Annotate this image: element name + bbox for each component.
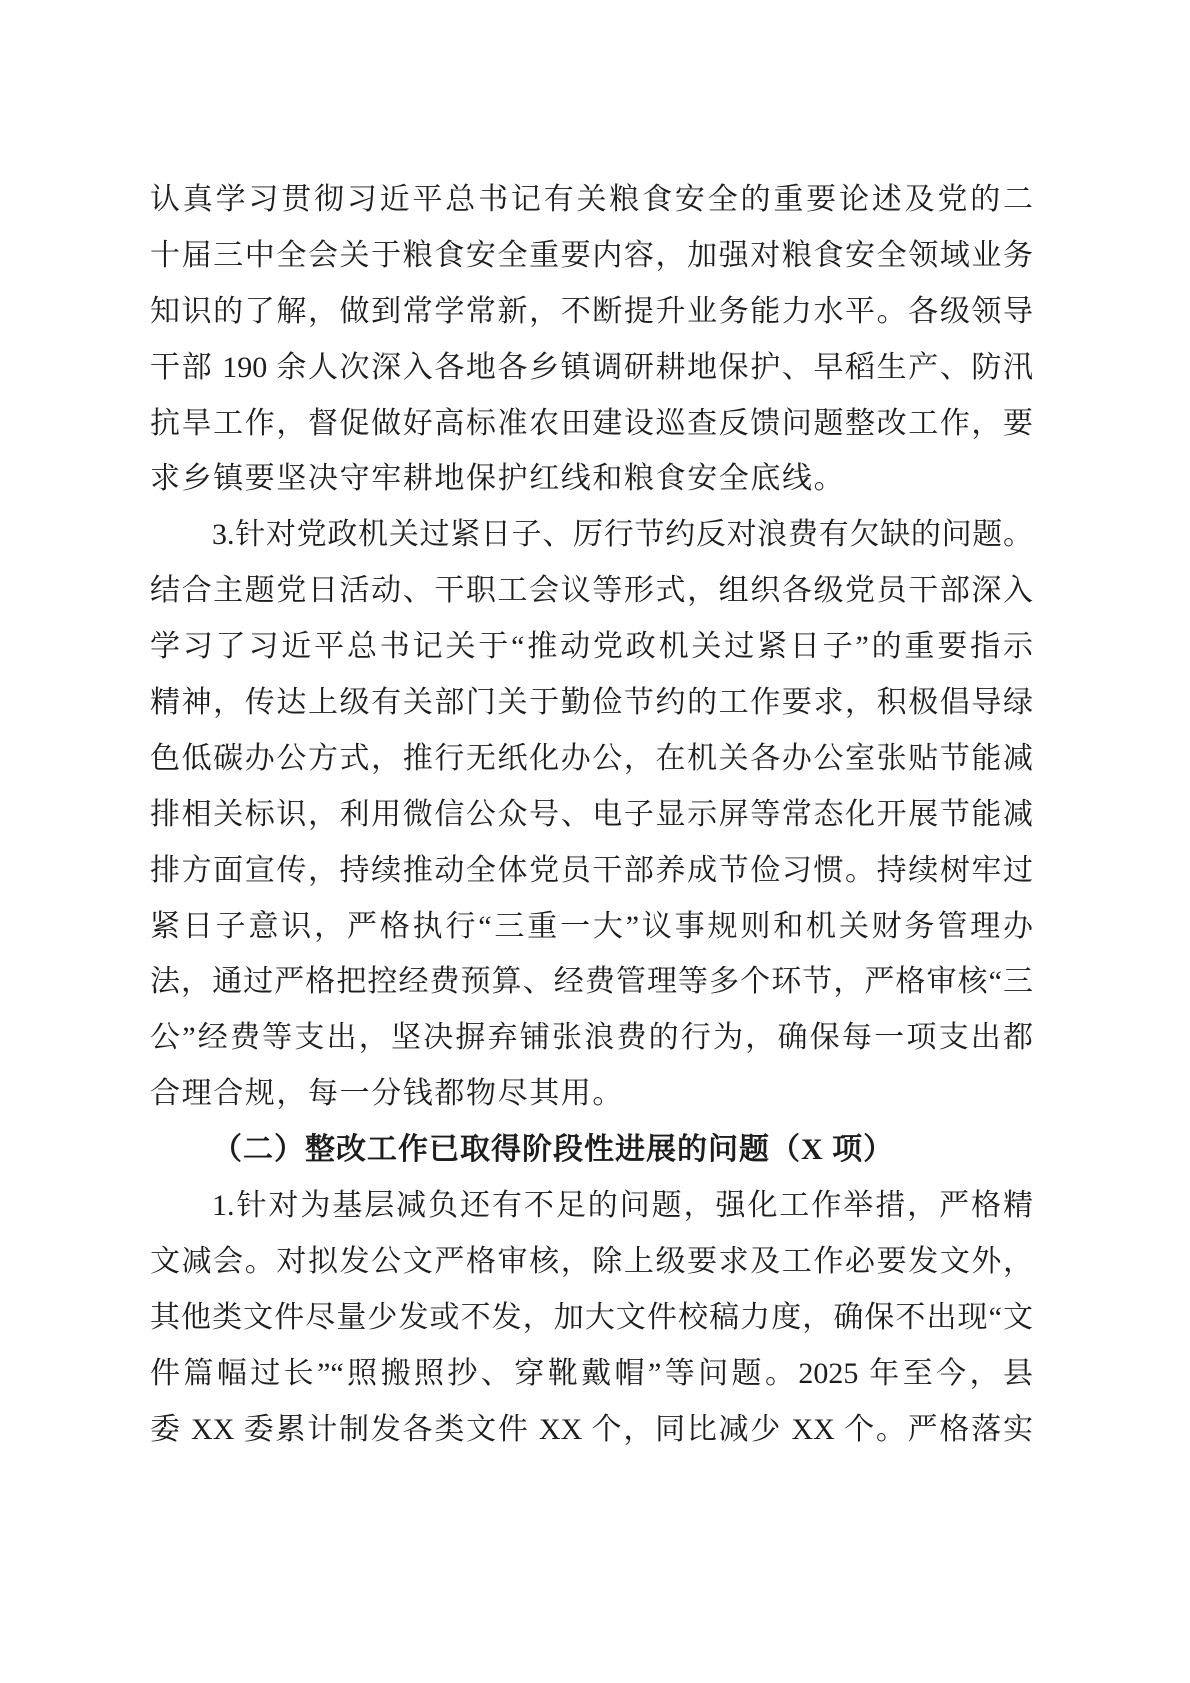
document-text-line: 排方面宣传，持续推动全体党员干部养成节俭习惯。持续树牢过 <box>150 843 1033 899</box>
document-text-line: 其他类文件尽量少发或不发，加大文件校稿力度，确保不出现“文 <box>150 1290 1033 1346</box>
document-text-line: 干部 190 余人次深入各地各乡镇调研耕地保护、早稻生产、防汛 <box>150 340 1033 396</box>
document-text-line: 知识的了解，做到常学常新，不断提升业务能力水平。各级领导 <box>150 284 1033 340</box>
document-body: 认真学习贯彻习近平总书记有关粮食安全的重要论述及党的二十届三中全会关于粮食安全重… <box>150 172 1033 1457</box>
document-text-line: 学习了习近平总书记关于“推动党政机关过紧日子”的重要指示 <box>150 619 1033 675</box>
document-text-line: 紧日子意识，严格执行“三重一大”议事规则和机关财务管理办 <box>150 899 1033 955</box>
document-text-line: 认真学习贯彻习近平总书记有关粮食安全的重要论述及党的二 <box>150 172 1033 228</box>
document-text-line: 结合主题党日活动、干职工会议等形式，组织各级党员干部深入 <box>150 563 1033 619</box>
document-text-line: 抗旱工作，督促做好高标准农田建设巡查反馈问题整改工作，要 <box>150 396 1033 452</box>
document-text-line: 3.针对党政机关过紧日子、厉行节约反对浪费有欠缺的问题。 <box>150 507 1033 563</box>
document-text-line: 色低碳办公方式，推行无纸化办公，在机关各办公室张贴节能减 <box>150 731 1033 787</box>
document-text-line: 法，通过严格把控经费预算、经费管理等多个环节，严格审核“三 <box>150 954 1033 1010</box>
document-text-line: 委 XX 委累计制发各类文件 XX 个，同比减少 XX 个。严格落实 <box>150 1402 1033 1458</box>
document-text-line: 文减会。对拟发公文严格审核，除上级要求及工作必要发文外， <box>150 1234 1033 1290</box>
document-text-line: 十届三中全会关于粮食安全重要内容，加强对粮食安全领域业务 <box>150 228 1033 284</box>
document-text-line: 求乡镇要坚决守牢耕地保护红线和粮食安全底线。 <box>150 451 1033 507</box>
document-text-line: 公”经费等支出，坚决摒弃铺张浪费的行为，确保每一项支出都 <box>150 1010 1033 1066</box>
section-heading: （二）整改工作已取得阶段性进展的问题（X 项） <box>150 1122 1033 1178</box>
document-text-line: 精神，传达上级有关部门关于勤俭节约的工作要求，积极倡导绿 <box>150 675 1033 731</box>
document-text-line: 1.针对为基层减负还有不足的问题，强化工作举措，严格精 <box>150 1178 1033 1234</box>
document-text-line: 件篇幅过长”“照搬照抄、穿靴戴帽”等问题。2025 年至今，县 <box>150 1346 1033 1402</box>
document-text-line: 排相关标识，利用微信公众号、电子显示屏等常态化开展节能减 <box>150 787 1033 843</box>
document-page: 认真学习贯彻习近平总书记有关粮食安全的重要论述及党的二十届三中全会关于粮食安全重… <box>0 0 1190 1683</box>
document-text-line: 合理合规，每一分钱都物尽其用。 <box>150 1066 1033 1122</box>
